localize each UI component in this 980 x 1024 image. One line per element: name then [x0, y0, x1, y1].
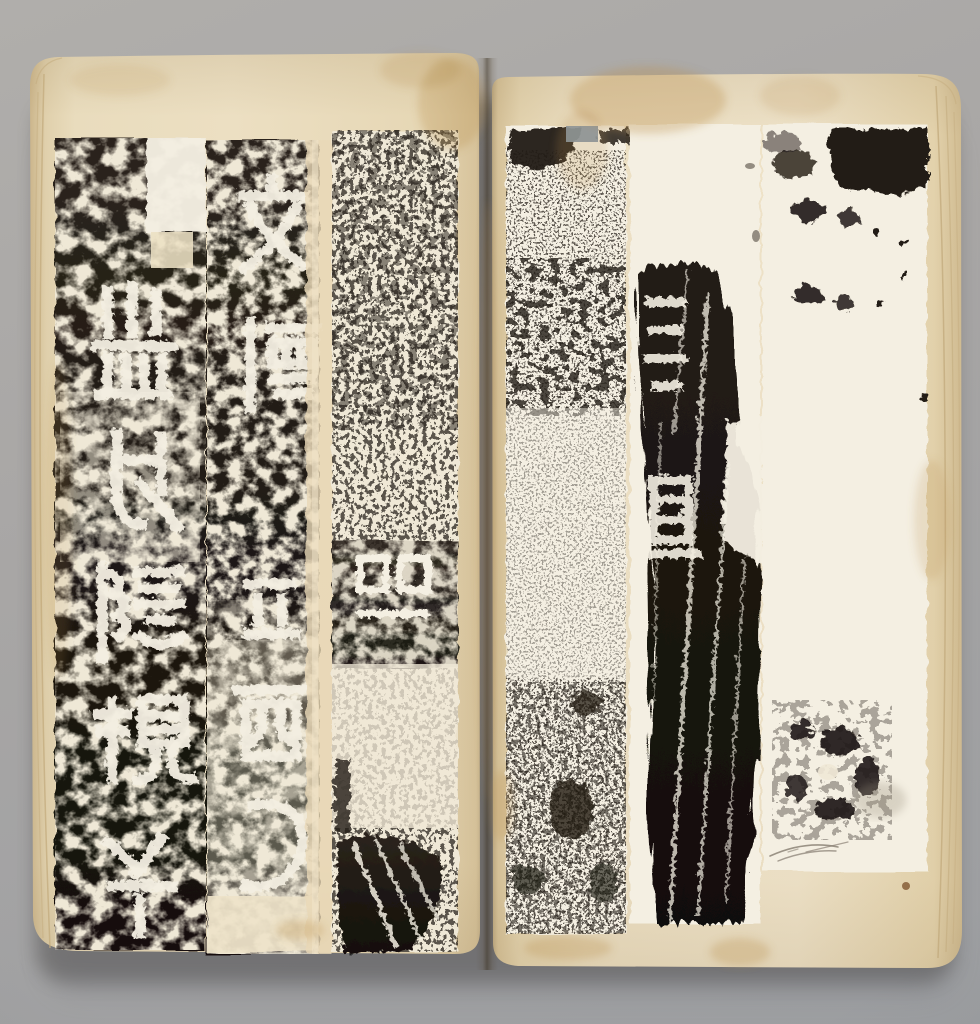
fleck: [745, 163, 755, 169]
edge-blob: [332, 756, 346, 828]
mid-fade: [506, 408, 626, 678]
fleck: [752, 230, 760, 242]
rubbing-strip-right-3: [762, 124, 927, 890]
rubbing-strip-left-3: [332, 130, 458, 952]
speckle-coarse-band: [506, 258, 626, 416]
fade-zone: [332, 664, 458, 828]
rubbing-strip-left-2: [207, 140, 319, 954]
album-book: [30, 52, 962, 970]
brown-speck: [902, 882, 910, 890]
strip-speckle-top: [332, 130, 458, 430]
photo-of-rubbing-album: Photograph of an antique Chinese ink-rub…: [0, 0, 980, 1024]
rubbing-strip-right-2: [630, 124, 762, 924]
tape-seam: [306, 140, 332, 954]
tape-band: [306, 140, 332, 954]
tape-highlight: [312, 140, 318, 954]
repair-patch: [146, 138, 206, 232]
rubbing-strip-right-1: [506, 126, 644, 934]
right-page: [492, 74, 962, 968]
repair-patch-small: [151, 232, 193, 268]
left-page: [30, 53, 480, 954]
rubbing-strip-left-1: [55, 138, 206, 950]
blotch-gap: [818, 764, 838, 780]
gray-smudge: [854, 782, 906, 818]
strip-erosion-mid: [60, 392, 200, 562]
rubbing-album-scene: [0, 0, 980, 1024]
